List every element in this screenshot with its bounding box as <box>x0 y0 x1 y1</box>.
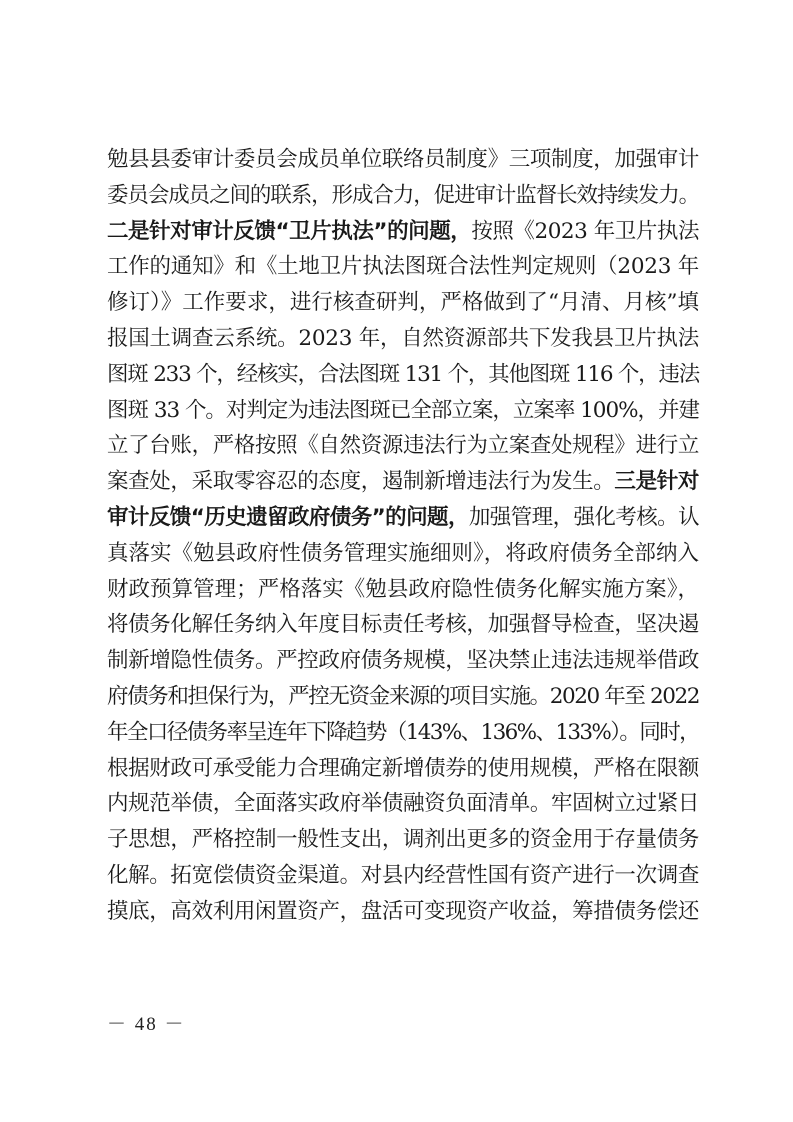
text-segment: 财政预算管理；严格落实《勉县政府隐性债务化解实施方案》， <box>107 577 699 602</box>
text-segment: 化解。拓宽偿债资金渠道。对县内经营性国有资产进行一次调查 <box>107 863 699 888</box>
text-segment: 将债务化解任务纳入年度目标责任考核，加强督导检查，坚决遏 <box>107 612 699 637</box>
page-number: － 48 － <box>107 1009 186 1036</box>
text-segment: 委员会成员之间的联系，形成合力，促进审计监督长效持续发力。 <box>107 183 699 208</box>
text-line: 案查处，采取零容忍的态度，遏制新增违法行为发生。三是针对 <box>107 464 699 500</box>
text-segment: 修订）》工作要求，进行核查研判，严格做到了“月清、月核”填 <box>107 290 699 315</box>
text-line: 真落实《勉县政府性债务管理实施细则》，将政府债务全部纳入 <box>107 536 699 572</box>
text-line: 工作的通知》和《土地卫片执法图斑合法性判定规则（2023 年 <box>107 249 699 285</box>
text-segment: 加强管理，强化考核。认 <box>469 505 699 530</box>
text-line: 立了台账，严格按照《自然资源违法行为立案查处规程》进行立 <box>107 428 699 464</box>
text-line: 图斑 33 个。对判定为违法图斑已全部立案，立案率 100%，并建 <box>107 393 699 429</box>
text-segment: 工作的通知》和《土地卫片执法图斑合法性判定规则（2023 年 <box>107 254 699 279</box>
text-segment: 府债务和担保行为，严控无资金来源的项目实施。2020 年至 2022 <box>107 684 699 709</box>
text-line: 化解。拓宽偿债资金渠道。对县内经营性国有资产进行一次调查 <box>107 858 699 894</box>
document-page: 勉县县委审计委员会成员单位联络员制度》三项制度，加强审计委员会成员之间的联系，形… <box>0 0 793 1122</box>
text-segment: 子思想，严格控制一般性支出，调剂出更多的资金用于存量债务 <box>107 827 699 852</box>
text-line: 制新增隐性债务。严控政府债务规模，坚决禁止违法违规举借政 <box>107 643 699 679</box>
text-line: 勉县县委审计委员会成员单位联络员制度》三项制度，加强审计 <box>107 142 699 178</box>
text-segment: 案查处，采取零容忍的态度，遏制新增违法行为发生。 <box>107 469 614 494</box>
text-segment: 摸底，高效利用闲置资产，盘活可变现资产收益，筹措债务偿还 <box>107 899 699 924</box>
text-line: 摸底，高效利用闲置资产，盘活可变现资产收益，筹措债务偿还 <box>107 894 699 930</box>
text-line: 年全口径债务率呈连年下降趋势（143%、136%、133%）。同时， <box>107 715 699 751</box>
text-segment: 根据财政可承受能力合理确定新增债券的使用规模，严格在限额 <box>107 756 699 781</box>
text-line: 审计反馈“历史遗留政府债务”的问题，加强管理，强化考核。认 <box>107 500 699 536</box>
text-segment: 按照《2023 年卫片执法 <box>471 219 699 244</box>
text-segment: 勉县县委审计委员会成员单位联络员制度》三项制度，加强审计 <box>107 147 699 172</box>
text-line: 报国土调查云系统。2023 年，自然资源部共下发我县卫片执法 <box>107 321 699 357</box>
bold-heading-segment: 二是针对审计反馈“卫片执法”的问题， <box>107 219 471 244</box>
text-line: 府债务和担保行为，严控无资金来源的项目实施。2020 年至 2022 <box>107 679 699 715</box>
body-text: 勉县县委审计委员会成员单位联络员制度》三项制度，加强审计委员会成员之间的联系，形… <box>107 142 699 930</box>
text-line: 修订）》工作要求，进行核查研判，严格做到了“月清、月核”填 <box>107 285 699 321</box>
text-segment: 真落实《勉县政府性债务管理实施细则》，将政府债务全部纳入 <box>107 541 699 566</box>
text-line: 根据财政可承受能力合理确定新增债券的使用规模，严格在限额 <box>107 751 699 787</box>
text-segment: 立了台账，严格按照《自然资源违法行为立案查处规程》进行立 <box>107 433 699 458</box>
text-line: 子思想，严格控制一般性支出，调剂出更多的资金用于存量债务 <box>107 822 699 858</box>
text-segment: 内规范举债，全面落实政府举债融资负面清单。牢固树立过紧日 <box>107 791 699 816</box>
text-segment: 图斑 233 个，经核实，合法图斑 131 个，其他图斑 116 个，违法 <box>107 362 699 387</box>
text-line: 内规范举债，全面落实政府举债融资负面清单。牢固树立过紧日 <box>107 786 699 822</box>
text-line: 将债务化解任务纳入年度目标责任考核，加强督导检查，坚决遏 <box>107 607 699 643</box>
text-segment: 图斑 33 个。对判定为违法图斑已全部立案，立案率 100%，并建 <box>107 398 699 423</box>
bold-heading-segment: 审计反馈“历史遗留政府债务”的问题， <box>107 505 469 530</box>
text-line: 财政预算管理；严格落实《勉县政府隐性债务化解实施方案》， <box>107 572 699 608</box>
text-line: 委员会成员之间的联系，形成合力，促进审计监督长效持续发力。 <box>107 178 699 214</box>
text-segment: 年全口径债务率呈连年下降趋势（143%、136%、133%）。同时， <box>107 720 699 745</box>
text-segment: 制新增隐性债务。严控政府债务规模，坚决禁止违法违规举借政 <box>107 648 699 673</box>
text-line: 二是针对审计反馈“卫片执法”的问题，按照《2023 年卫片执法 <box>107 214 699 250</box>
bold-heading-segment: 三是针对 <box>614 469 699 494</box>
text-line: 图斑 233 个，经核实，合法图斑 131 个，其他图斑 116 个，违法 <box>107 357 699 393</box>
text-segment: 报国土调查云系统。2023 年，自然资源部共下发我县卫片执法 <box>107 326 699 351</box>
